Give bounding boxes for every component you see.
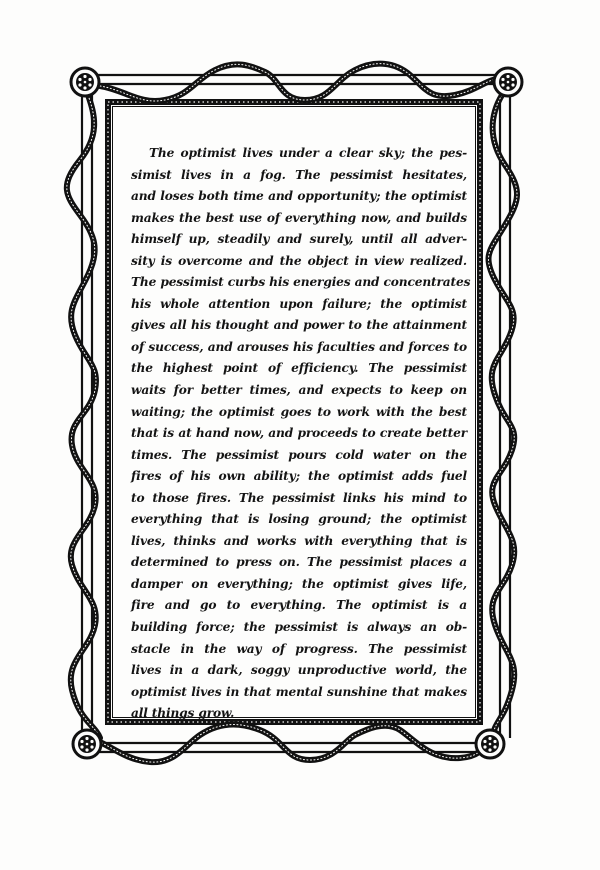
- text-line: waiting; the optimist goes to work with …: [131, 402, 467, 424]
- rosette-bottom-left-icon: [73, 730, 101, 758]
- text-line: optimist lives in that mental sunshine t…: [131, 682, 467, 704]
- rosette-top-right-icon: [494, 68, 522, 96]
- text-line: the highest point of efficiency. The pes…: [131, 358, 467, 380]
- text-line: building force; the pessimist is always …: [131, 617, 467, 639]
- book-page: The optimist lives under a clear sky; th…: [0, 0, 600, 870]
- body-paragraph: The optimist lives under a clear sky; th…: [131, 143, 467, 725]
- text-line: gives all his thought and power to the a…: [131, 315, 467, 337]
- text-line: times. The pessimist pours cold water on…: [131, 445, 467, 467]
- text-line: lives in a dark, soggy unproductive worl…: [131, 660, 467, 682]
- text-line: The pessimist curbs his energies and con…: [131, 272, 467, 294]
- text-line: everything that is losing ground; the op…: [131, 509, 467, 531]
- text-line: fire and go to everything. The optimist …: [131, 595, 467, 617]
- text-line: waits for better times, and expects to k…: [131, 380, 467, 402]
- text-line: simist lives in a fog. The pessimist hes…: [131, 165, 467, 187]
- rope-left: [67, 95, 100, 738]
- text-line: to those fires. The pessimist links his …: [131, 488, 467, 510]
- rope-top: [100, 64, 505, 101]
- text-line: sity is overcome and the object in view …: [131, 251, 467, 273]
- text-line: determined to press on. The pessimist pl…: [131, 552, 467, 574]
- text-line: his whole attention upon failure; the op…: [131, 294, 467, 316]
- text-line: that is at hand now, and proceeds to cre…: [131, 423, 467, 445]
- text-line: fires of his own ability; the optimist a…: [131, 466, 467, 488]
- rosette-bottom-right-icon: [476, 730, 504, 758]
- text-line: makes the best use of everything now, an…: [131, 208, 467, 230]
- text-line: damper on everything; the optimist gives…: [131, 574, 467, 596]
- text-line: himself up, steadily and surely, until a…: [131, 229, 467, 251]
- rosette-top-left-icon: [71, 68, 99, 96]
- text-line: lives, thinks and works with everything …: [131, 531, 467, 553]
- text-line: and loses both time and opportunity; the…: [131, 186, 467, 208]
- text-line: all things grow.: [131, 703, 467, 725]
- text-line: of success, and arouses his faculties an…: [131, 337, 467, 359]
- rope-right: [488, 95, 517, 738]
- text-line: The optimist lives under a clear sky; th…: [131, 143, 467, 165]
- text-line: stacle in the way of progress. The pessi…: [131, 639, 467, 661]
